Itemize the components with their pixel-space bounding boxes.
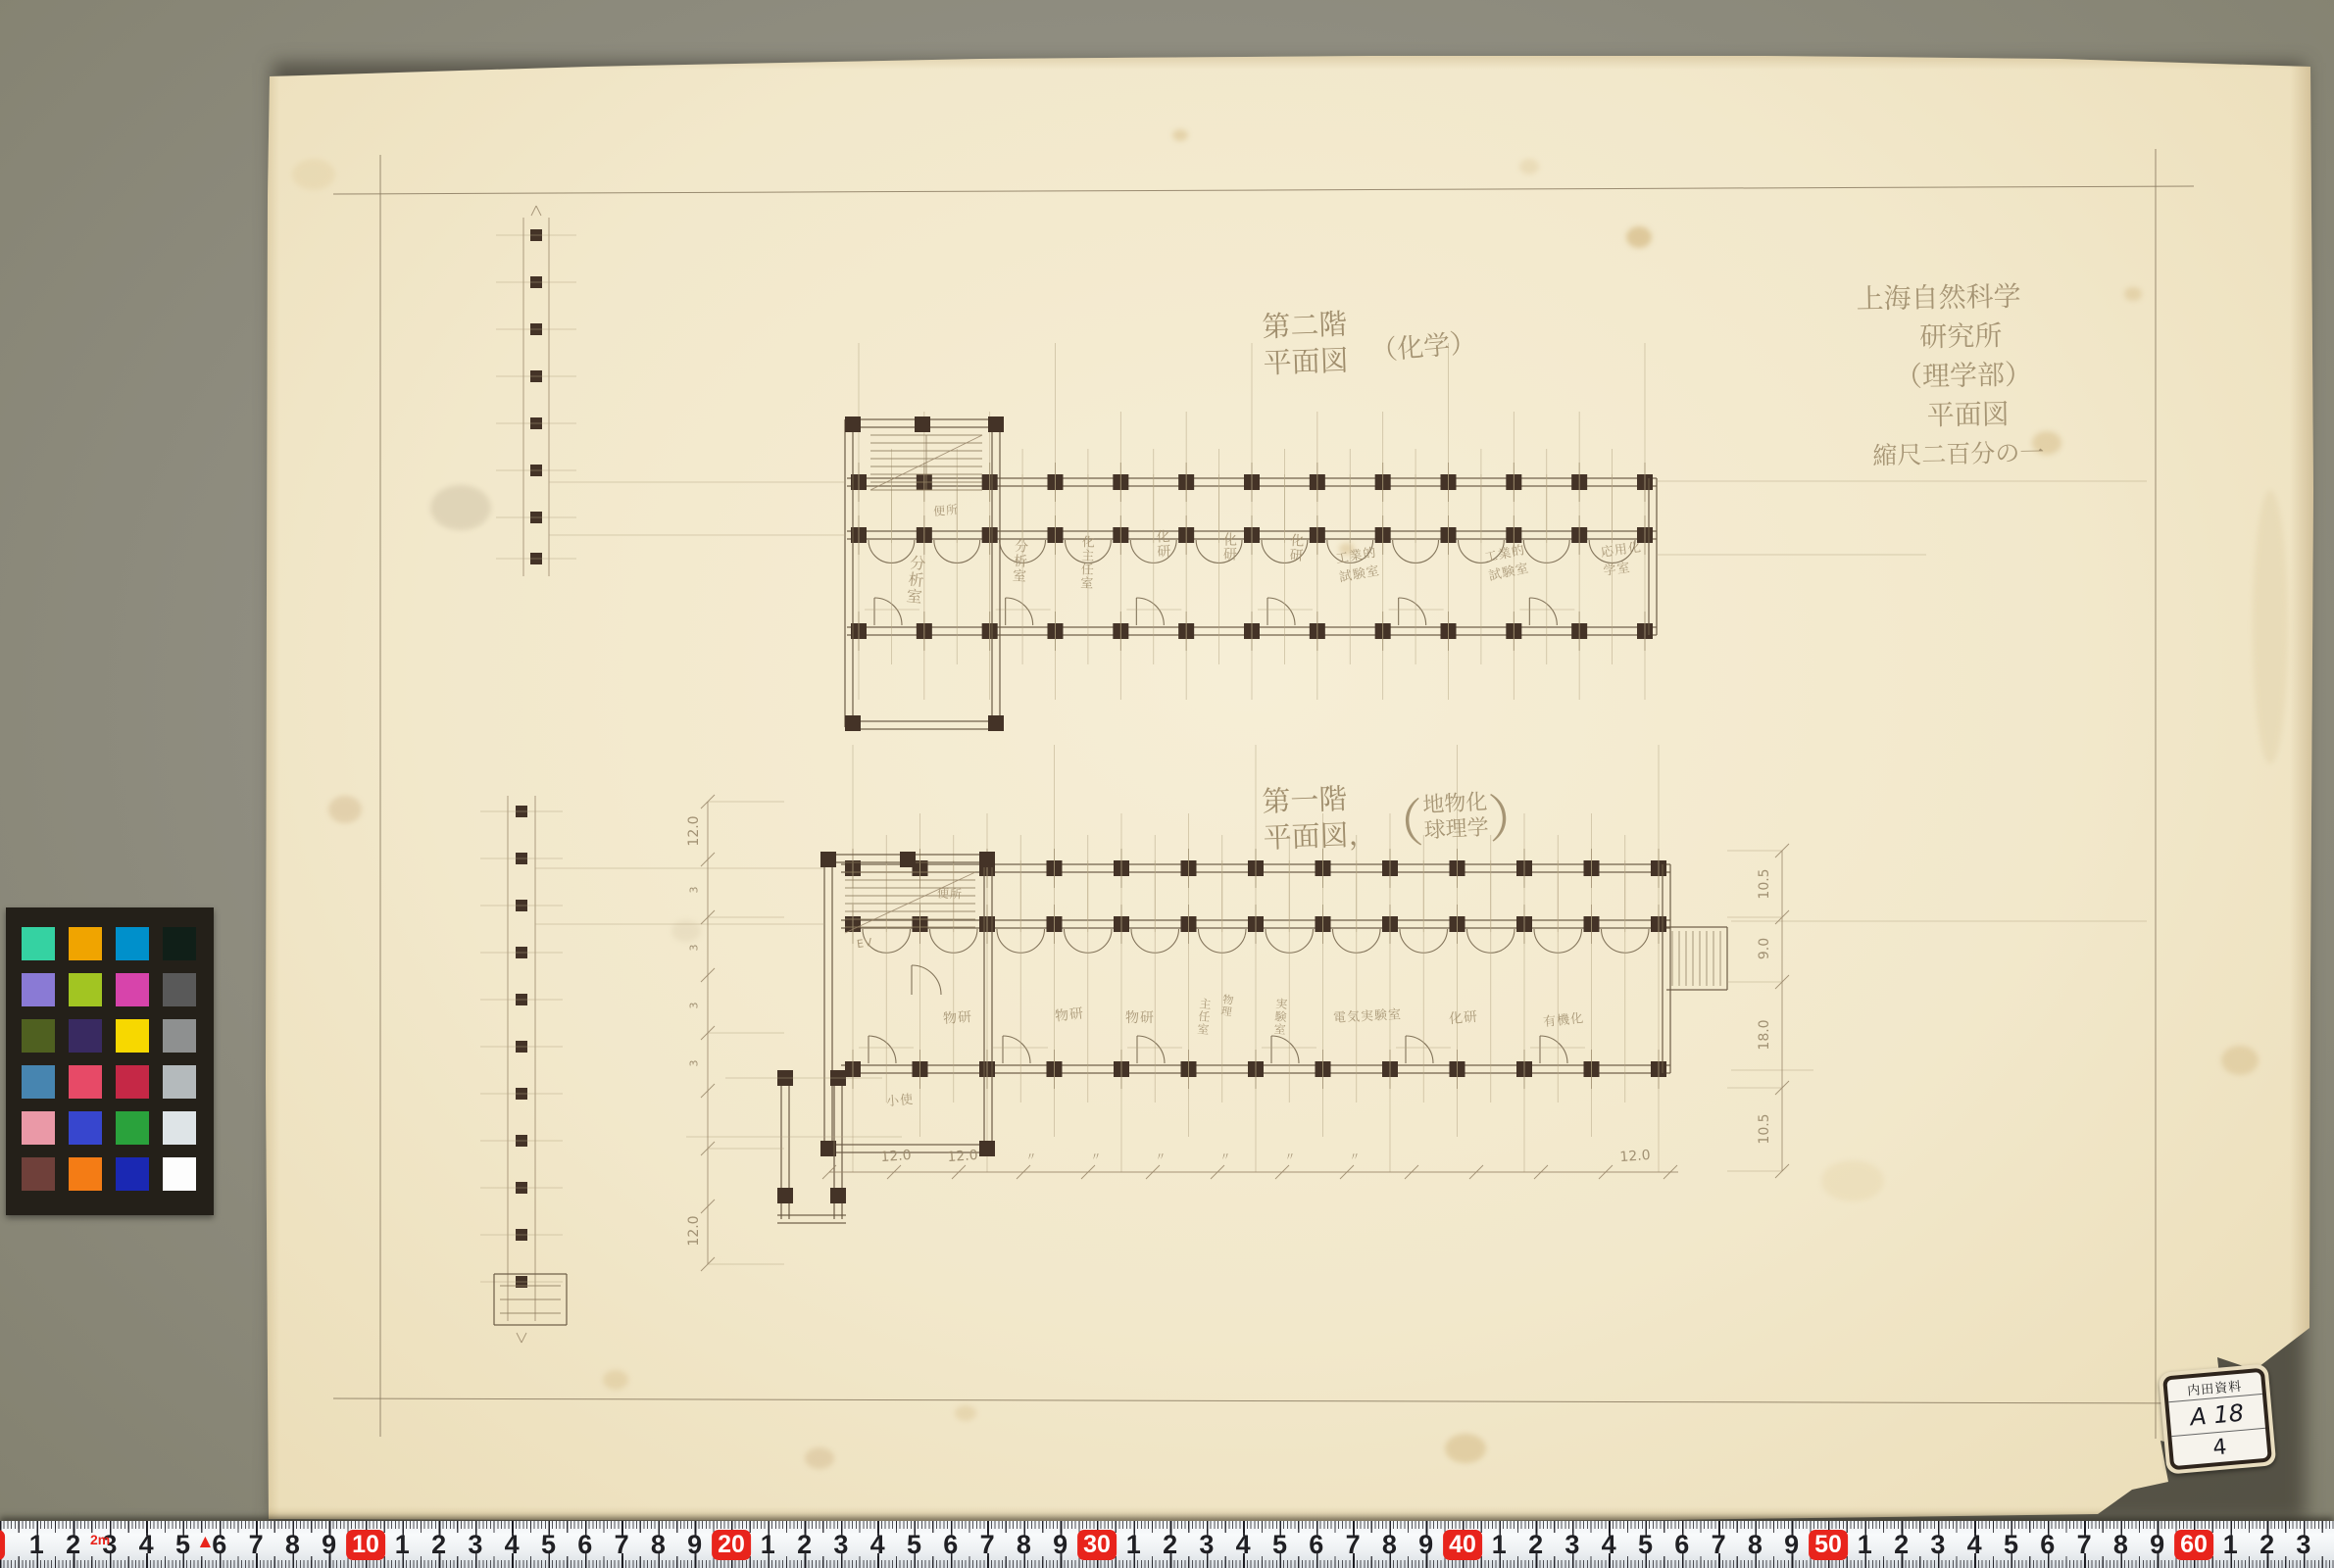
- ruler-meter-mark: 2m: [90, 1532, 110, 1547]
- drawing-type-label: 平面図: [1263, 342, 1349, 381]
- ruler-decade-number: 60: [2174, 1530, 2213, 1560]
- drawing-type-label: 平面図，: [1263, 816, 1377, 857]
- color-patch: [69, 1157, 102, 1191]
- room-label: 応用化 学室: [1600, 536, 1646, 578]
- color-patch: [116, 1157, 149, 1191]
- dimension-figure: 〃: [1155, 1149, 1167, 1165]
- color-patch: [163, 1019, 196, 1053]
- ruler-number: 6: [1309, 1530, 1323, 1560]
- subject-top: 地物化: [1422, 790, 1488, 818]
- room-label: 主任室: [1194, 997, 1214, 1036]
- dimension-figure: 〃: [1284, 1149, 1296, 1165]
- ruler-number: 6: [1674, 1530, 1689, 1560]
- ruler-number: 1: [2223, 1530, 2238, 1560]
- ruler-number: 3: [1930, 1530, 1945, 1560]
- ruler-triangle-mark: ▲: [196, 1532, 215, 1553]
- room-label: 物理: [1217, 993, 1235, 1018]
- dimension-figure: 〃: [1219, 1149, 1231, 1165]
- upper-plan-title: 第二階 平面図: [1262, 307, 1350, 382]
- ruler-number: 3: [1564, 1530, 1579, 1560]
- room-label: 化研: [1448, 1006, 1479, 1029]
- color-patch: [116, 1111, 149, 1145]
- ruler-number: 9: [687, 1530, 702, 1560]
- title-line: 研究所: [1919, 316, 2043, 357]
- color-patch: [69, 1065, 102, 1099]
- ruler-number: 7: [249, 1530, 264, 1560]
- color-patch: [116, 1019, 149, 1053]
- room-label: 化主任室: [1075, 535, 1096, 591]
- ruler-number: 1: [761, 1530, 775, 1560]
- color-patch: [163, 1157, 196, 1191]
- room-label: 電気実験室: [1333, 1004, 1403, 1026]
- dimension-figure: 〃: [1090, 1149, 1102, 1165]
- room-label: 物研: [1054, 1003, 1085, 1026]
- ruler-number: 2: [431, 1530, 446, 1560]
- ruler-number: 5: [2004, 1530, 2018, 1560]
- room-label: 工業的 試験室: [1334, 542, 1381, 586]
- dimension-figure: 12.0: [1619, 1148, 1651, 1165]
- ruler-number: 2: [2260, 1530, 2274, 1560]
- ruler-number: 4: [505, 1530, 520, 1560]
- ruler-decade-number: 0: [0, 1530, 5, 1560]
- ruler-number: 9: [2150, 1530, 2164, 1560]
- dimension-figure: 〃: [1349, 1149, 1361, 1165]
- floor-label: 第一階: [1262, 780, 1376, 820]
- ruler-number: 7: [2077, 1530, 2092, 1560]
- ruler-number: 9: [322, 1530, 336, 1560]
- ruler-number: 2: [1528, 1530, 1543, 1560]
- ruler-number: 8: [1748, 1530, 1763, 1560]
- ruler-number: 3: [468, 1530, 482, 1560]
- ruler-number: 8: [2113, 1530, 2128, 1560]
- ruler-decade-number: 30: [1077, 1530, 1117, 1560]
- color-patch: [116, 1065, 149, 1099]
- title-line: 縮尺二百分の一: [1872, 433, 2045, 475]
- ruler-number: 4: [139, 1530, 154, 1560]
- room-label: 化研: [1152, 528, 1173, 559]
- ruler-decade-number: 20: [712, 1530, 751, 1560]
- title-line: （理学部）: [1895, 355, 2044, 397]
- ruler-number: 8: [285, 1530, 300, 1560]
- ruler-number: 6: [577, 1530, 592, 1560]
- color-patch: [163, 1111, 196, 1145]
- room-label: 分析室: [1008, 538, 1030, 583]
- color-patch: [22, 1019, 55, 1053]
- color-patch: [69, 1019, 102, 1053]
- room-label: 物研: [942, 1006, 972, 1028]
- dimension-figure: 3: [688, 1060, 701, 1067]
- room-label: 化研: [1285, 532, 1307, 563]
- room-label: 便所: [937, 884, 964, 902]
- ruler-number: 1: [29, 1530, 44, 1560]
- ruler-number: 1: [1858, 1530, 1872, 1560]
- ruler-number: 5: [1272, 1530, 1287, 1560]
- ruler-number: 4: [1967, 1530, 1982, 1560]
- ruler-number: 8: [651, 1530, 666, 1560]
- title-block: 上海自然科学 研究所 （理学部） 平面図 縮尺二百分の一: [1856, 276, 2044, 475]
- dimension-figure: 10.5: [1757, 868, 1772, 899]
- title-line: 上海自然科学: [1856, 276, 2042, 318]
- color-patch: [163, 927, 196, 960]
- ruler-number: 1: [395, 1530, 410, 1560]
- lower-plan-title: 第一階 平面図，: [1262, 780, 1378, 857]
- dimension-figure: 12.0: [686, 815, 702, 846]
- color-patch: [69, 927, 102, 960]
- ruler-number: 5: [907, 1530, 921, 1560]
- ruler-number: 2: [1894, 1530, 1909, 1560]
- archive-sticker: 内田資料 A 18 4: [2159, 1363, 2277, 1474]
- ruler-decade-number: 10: [346, 1530, 385, 1560]
- ruler-number: 4: [870, 1530, 885, 1560]
- dimension-figure: 3: [688, 887, 701, 894]
- pencil-floor-plan-drawing: [0, 0, 2334, 1568]
- dimension-figure: 9.0: [1757, 938, 1772, 959]
- dimension-figure: 〃: [1025, 1149, 1037, 1165]
- ruler-number: 2: [797, 1530, 812, 1560]
- ruler-number: 7: [1346, 1530, 1361, 1560]
- room-label: 化研: [1219, 532, 1239, 562]
- ruler-number: 9: [1053, 1530, 1068, 1560]
- title-line: 平面図: [1926, 394, 2044, 435]
- dimension-figure: 3: [688, 1003, 701, 1009]
- floor-label: 第二階: [1262, 307, 1348, 346]
- dimension-figure: 18.0: [1757, 1019, 1772, 1050]
- ruler-number: 6: [2040, 1530, 2055, 1560]
- measuring-tape-ruler: 0123456789101234567892012345678930123456…: [0, 1521, 2334, 1568]
- ruler-number: 4: [1602, 1530, 1616, 1560]
- color-patch: [163, 1065, 196, 1099]
- room-label: EV: [856, 936, 873, 951]
- ruler-number: 4: [1236, 1530, 1251, 1560]
- dimension-figure: 3: [688, 945, 701, 952]
- ruler-number: 7: [615, 1530, 629, 1560]
- color-patch: [116, 973, 149, 1006]
- ruler-number: 7: [1712, 1530, 1726, 1560]
- ruler-number: 9: [1784, 1530, 1799, 1560]
- room-label: 実験室: [1271, 997, 1291, 1036]
- dimension-figure: 12.0: [947, 1148, 978, 1165]
- color-patch: [22, 1065, 55, 1099]
- room-label: 小使: [885, 1089, 915, 1109]
- lower-plan-subject: （ 地物化 球理学 ）: [1370, 776, 1541, 858]
- color-patch: [22, 973, 55, 1006]
- ruler-number: 2: [66, 1530, 80, 1560]
- ruler-number: 6: [943, 1530, 958, 1560]
- dimension-figure: 12.0: [686, 1215, 702, 1246]
- ruler-number: 5: [175, 1530, 190, 1560]
- dimension-figure: 10.5: [1757, 1113, 1772, 1144]
- dimension-figure: 12.0: [880, 1148, 912, 1165]
- ruler-number: 5: [541, 1530, 556, 1560]
- color-patch: [22, 927, 55, 960]
- subject-bottom: 球理学: [1423, 815, 1489, 844]
- ruler-number: 9: [1418, 1530, 1433, 1560]
- color-patch: [69, 1111, 102, 1145]
- ruler-number: 5: [1638, 1530, 1653, 1560]
- color-patch: [22, 1157, 55, 1191]
- paren-open: （: [1370, 782, 1425, 858]
- color-patch: [69, 973, 102, 1006]
- room-label: 物研: [1125, 1007, 1155, 1027]
- paren-close: ）: [1486, 776, 1541, 853]
- ruler-number: 2: [1163, 1530, 1177, 1560]
- ruler-number: 8: [1017, 1530, 1031, 1560]
- ruler-number: 3: [833, 1530, 848, 1560]
- archival-scan-stage: 上海自然科学 研究所 （理学部） 平面図 縮尺二百分の一 第二階 平面図 （化学…: [0, 0, 2334, 1568]
- ruler-number: 3: [1199, 1530, 1214, 1560]
- color-calibration-chart: [6, 907, 214, 1215]
- ruler-decade-number: 50: [1809, 1530, 1848, 1560]
- ruler-decade-number: 40: [1443, 1530, 1482, 1560]
- room-label: 便所: [932, 501, 959, 519]
- ruler-number: 1: [1126, 1530, 1141, 1560]
- color-patch: [116, 927, 149, 960]
- color-patch: [22, 1111, 55, 1145]
- color-patch: [163, 973, 196, 1006]
- ruler-number: 1: [1492, 1530, 1507, 1560]
- ruler-number: 7: [980, 1530, 995, 1560]
- ruler-number: 3: [2296, 1530, 2310, 1560]
- ruler-number: 8: [1382, 1530, 1397, 1560]
